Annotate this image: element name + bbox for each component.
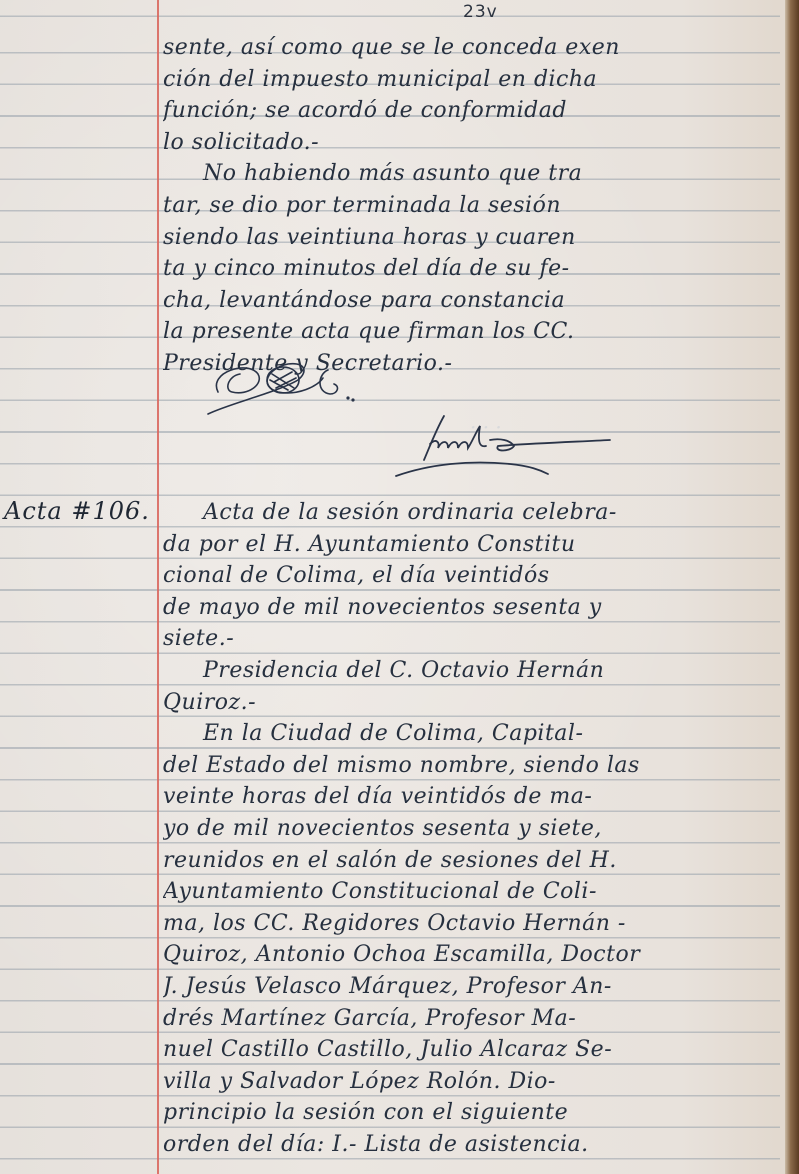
text-line: veinte horas del día veintidós de ma- xyxy=(163,781,778,813)
text-line: cional de Colima, el día veintidós xyxy=(163,560,778,592)
red-margin-line xyxy=(157,0,159,1174)
text-line: Acta de la sesión ordinaria celebra- xyxy=(163,497,778,529)
text-line: cha, levantándose para constancia xyxy=(163,285,778,317)
text-line: siendo las veintiuna horas y cuaren xyxy=(163,222,778,254)
text-line: Quiroz.- xyxy=(163,687,778,719)
text-line: ta y cinco minutos del día de su fe- xyxy=(163,253,778,285)
text-line: J. Jesús Velasco Márquez, Profesor An- xyxy=(163,971,778,1003)
act-number-margin-label: Acta #106. xyxy=(4,497,150,525)
text-line: reunidos en el salón de sesiones del H. xyxy=(163,845,778,877)
text-line: En la Ciudad de Colima, Capital- xyxy=(163,718,778,750)
text-line: función; se acordó de conformidad xyxy=(163,95,778,127)
text-line: ción del impuesto municipal en dicha xyxy=(163,64,778,96)
text-line: orden del día: I.- Lista de asistencia. xyxy=(163,1129,778,1161)
signature-secretary xyxy=(390,412,680,482)
text-line: siete.- xyxy=(163,623,778,655)
text-line: da por el H. Ayuntamiento Constitu xyxy=(163,529,778,561)
text-line: No habiendo más asunto que tra xyxy=(163,158,778,190)
text-line: villa y Salvador López Rolón. Dio- xyxy=(163,1066,778,1098)
text-line: nuel Castillo Castillo, Julio Alcaraz Se… xyxy=(163,1034,778,1066)
text-line: Quiroz, Antonio Ochoa Escamilla, Doctor xyxy=(163,939,778,971)
text-line: tar, se dio por terminada la sesión xyxy=(163,190,778,222)
text-line: drés Martínez García, Profesor Ma- xyxy=(163,1003,778,1035)
text-line: del Estado del mismo nombre, siendo las xyxy=(163,750,778,782)
text-line: de mayo de mil novecientos sesenta y xyxy=(163,592,778,624)
act-106-body: Acta de la sesión ordinaria celebra- da … xyxy=(163,497,778,1160)
text-line: ma, los CC. Regidores Octavio Hernán - xyxy=(163,908,778,940)
ledger-page: · · · 23v sente, así como que se le conc… xyxy=(0,0,799,1174)
signature-flourish-icon xyxy=(390,412,680,482)
text-line: sente, así como que se le conceda exen xyxy=(163,32,778,64)
text-line: Presidencia del C. Octavio Hernán xyxy=(163,655,778,687)
text-line: la presente acta que firman los CC. xyxy=(163,316,778,348)
text-line: lo solicitado.- xyxy=(163,127,778,159)
text-line: Ayuntamiento Constitucional de Coli- xyxy=(163,876,778,908)
page-number: 23v xyxy=(463,2,498,22)
text-line: yo de mil novecientos sesenta y siete, xyxy=(163,813,778,845)
signature-president xyxy=(188,352,388,422)
previous-act-continuation: sente, así como que se le conceda exen c… xyxy=(163,32,778,380)
book-spine-edge xyxy=(785,0,799,1174)
text-line: principio la sesión con el siguiente xyxy=(163,1097,778,1129)
signature-scribble-icon xyxy=(188,352,388,422)
